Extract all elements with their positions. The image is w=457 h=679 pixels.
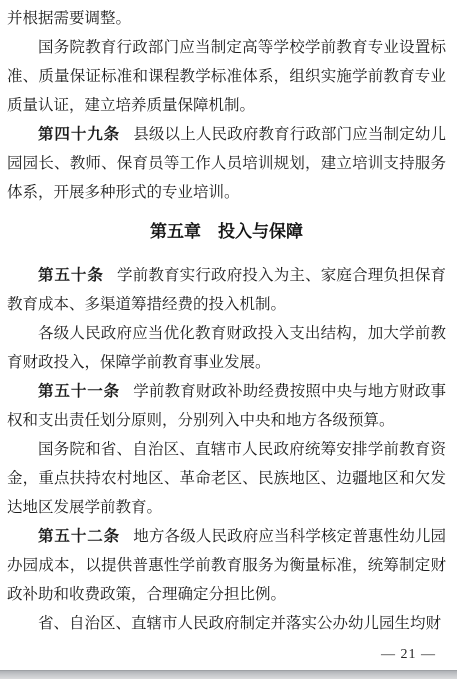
- article-number: 第五十二条: [38, 528, 120, 545]
- paragraph-body: 国务院教育行政部门应当制定高等学校学前教育专业设置标准、质量保证标准和课程教学标…: [7, 33, 446, 120]
- paragraph-text: 国务院教育行政部门应当制定高等学校学前教育专业设置标准、质量保证标准和课程教学标…: [7, 39, 446, 114]
- paragraph-article-49: 第四十九条县级以上人民政府教育行政部门应当制定幼儿园园长、教师、保育员等工作人员…: [7, 120, 446, 207]
- paragraph-body: 国务院和省、自治区、直辖市人民政府统筹安排学前教育资金，重点扶持农村地区、革命老…: [7, 435, 446, 522]
- paragraph-text: 国务院和省、自治区、直辖市人民政府统筹安排学前教育资金，重点扶持农村地区、革命老…: [7, 441, 446, 516]
- paragraph-article-50: 第五十条学前教育实行政府投入为主、家庭合理负担保育教育成本、多渠道筹措经费的投入…: [7, 261, 446, 319]
- article-number: 第四十九条: [38, 126, 120, 143]
- document-page: 并根据需要调整。 国务院教育行政部门应当制定高等学校学前教育专业设置标准、质量保…: [0, 0, 457, 679]
- paragraph-text: 并根据需要调整。: [7, 10, 131, 27]
- paragraph-text: 各级人民政府应当优化教育财政投入支出结构，加大学前教育财政投入，保障学前教育事业…: [7, 325, 446, 371]
- article-number: 第五十条: [38, 267, 104, 284]
- paragraph-text: 省、自治区、直辖市人民政府制定并落实公办幼儿园生均财: [38, 615, 441, 632]
- paragraph-article-51: 第五十一条学前教育财政补助经费按照中央与地方财政事权和支出责任划分原则，分别列入…: [7, 377, 446, 435]
- paragraph-continuation: 并根据需要调整。: [7, 4, 446, 33]
- paragraph-body: 各级人民政府应当优化教育财政投入支出结构，加大学前教育财政投入，保障学前教育事业…: [7, 319, 446, 377]
- paragraph-body: 省、自治区、直辖市人民政府制定并落实公办幼儿园生均财: [7, 609, 446, 638]
- page-edge-shadow: [0, 670, 457, 679]
- article-number: 第五十一条: [38, 383, 120, 400]
- paragraph-article-52: 第五十二条地方各级人民政府应当科学核定普惠性幼儿园办园成本，以提供普惠性学前教育…: [7, 522, 446, 609]
- chapter-heading: 第五章 投入与保障: [7, 217, 446, 247]
- page-number: — 21 —: [7, 647, 446, 663]
